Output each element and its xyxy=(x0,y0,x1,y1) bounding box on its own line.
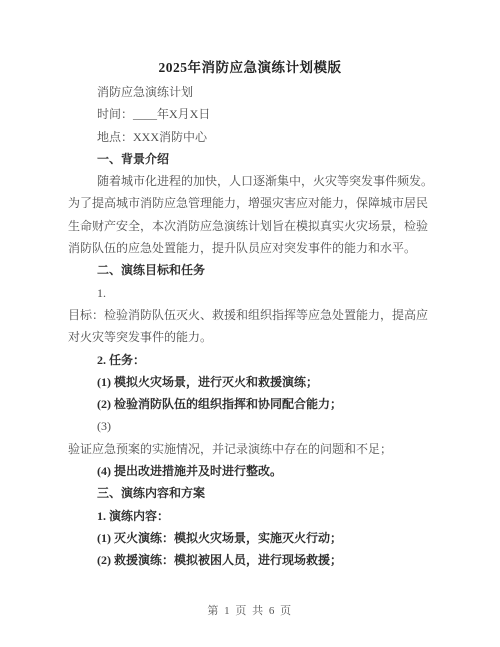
goal-text-line: 目标：检验消防队伍灭火、救援和组织指挥等应急处置能力，提高应 xyxy=(68,304,432,326)
paragraph-line: 为了提高城市消防应急管理能力，增强灾害应对能力，保障城市居民 xyxy=(68,192,432,214)
task-item-3-number: (3) xyxy=(68,415,432,437)
list-number-line: 1. xyxy=(68,282,432,304)
page-footer: 第 1 页 共 6 页 xyxy=(0,602,500,618)
paragraph-line: 消防队伍的应急处置能力，提升队员应对突发事件的能力和水平。 xyxy=(68,237,432,259)
section-1-heading: 一、背景介绍 xyxy=(68,148,432,170)
drill-item-1: (1) 灭火演练：模拟火灾场景，实施灭火行动； xyxy=(68,527,432,549)
subtitle-line: 消防应急演练计划 xyxy=(68,81,432,103)
task-item-1: (1) 模拟火灾场景，进行灭火和救援演练； xyxy=(68,371,432,393)
section-2-heading: 二、演练目标和任务 xyxy=(68,259,432,281)
location-line: 地点：XXX消防中心 xyxy=(68,126,432,148)
goal-text-line: 对火灾等突发事件的能力。 xyxy=(68,326,432,348)
section-3-heading: 三、演练内容和方案 xyxy=(68,482,432,504)
paragraph-line: 生命财产安全，本次消防应急演练计划旨在模拟真实火灾场景，检验 xyxy=(68,215,432,237)
task-item-4: (4) 提出改进措施并及时进行整改。 xyxy=(68,460,432,482)
task-heading-line: 2. 任务： xyxy=(68,349,432,371)
task-item-2: (2) 检验消防队伍的组织指挥和协同配合能力； xyxy=(68,393,432,415)
document-title: 2025年消防应急演练计划模版 xyxy=(0,56,500,76)
task-item-3-text: 验证应急预案的实施情况，并记录演练中存在的问题和不足； xyxy=(68,438,432,460)
drill-content-heading: 1. 演练内容： xyxy=(68,505,432,527)
document-body: 消防应急演练计划 时间：____年X月X日 地点：XXX消防中心 一、背景介绍 … xyxy=(68,81,432,572)
time-line: 时间：____年X月X日 xyxy=(68,103,432,125)
paragraph-line: 随着城市化进程的加快，人口逐渐集中，火灾等突发事件频发。 xyxy=(68,170,432,192)
drill-item-2: (2) 救援演练：模拟被困人员，进行现场救援； xyxy=(68,549,432,571)
document-page: 2025年消防应急演练计划模版 消防应急演练计划 时间：____年X月X日 地点… xyxy=(0,0,500,647)
